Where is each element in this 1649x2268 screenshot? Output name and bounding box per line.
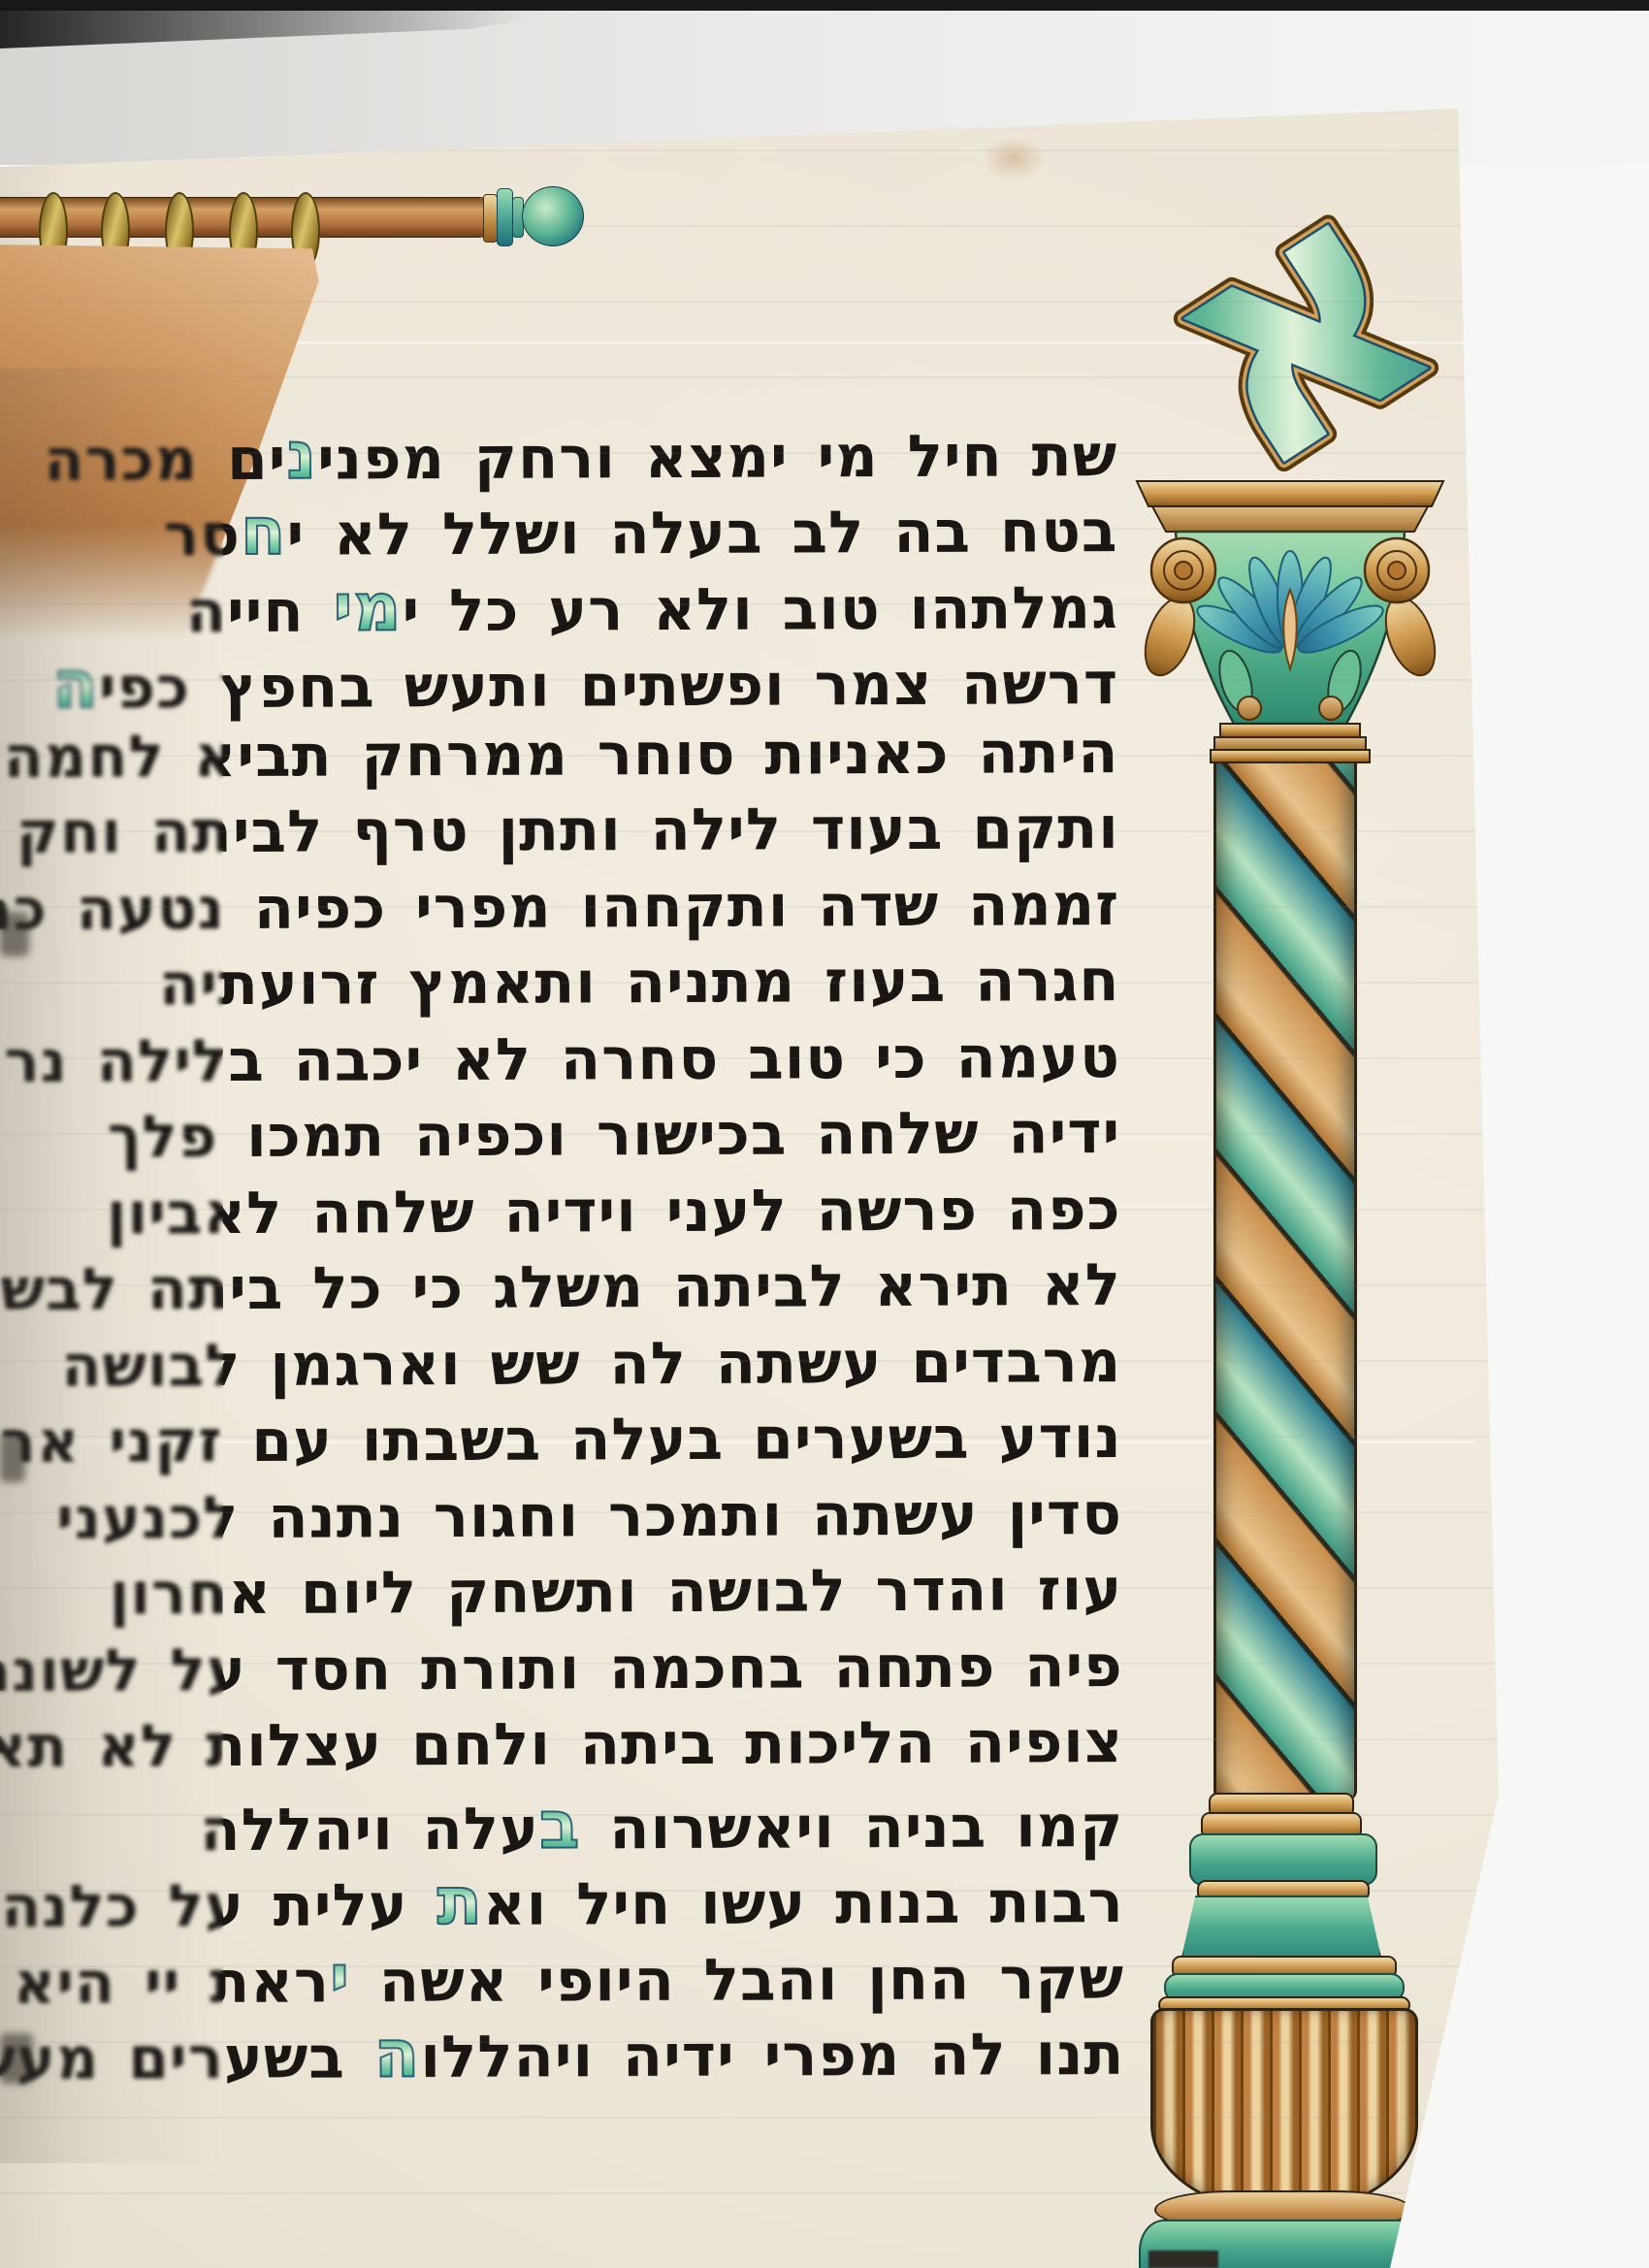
column-base-ring (1197, 1880, 1370, 1901)
verse-line: טעמה כי טוב סחרה לא יכבה בלילה נרה (0, 1028, 1120, 1091)
capital-abacus-step (1152, 506, 1428, 532)
highlighted-letter: י (330, 1940, 350, 2017)
highlighted-letter: ה (52, 646, 99, 723)
column-base-flare (1181, 1895, 1381, 1958)
verse-text: גמלתהו טוב ולא רע כל י (402, 574, 1118, 645)
aleph-navy-rim: א (1104, 114, 1482, 493)
verse-text: שת חיל מי ימצא ורחק מפני (317, 422, 1117, 494)
capital-abacus (1137, 481, 1443, 506)
curtain-panel (0, 241, 322, 648)
capital-bell (1176, 532, 1405, 724)
rod-finial-knob-icon (522, 186, 584, 246)
verse-text: עוז והדר לבושה ותשחק ליום אחרון (110, 1556, 1123, 1629)
rod-collar-icon (497, 188, 513, 246)
page-stain (982, 136, 1046, 180)
curtain-ring-icon (229, 192, 258, 270)
verse-line: חגרה בעוז מתניה ותאמץ זרועתיה (159, 952, 1120, 1014)
illuminated-aleph-icon: א א א א (1104, 114, 1482, 493)
verse-line: היתה כאניות סוחר ממרחק תביא לחמה (4, 724, 1119, 787)
highlighted-letter: ח (241, 493, 287, 569)
volute-icon (1365, 538, 1429, 602)
verse-line: קמו בניה ויאשרוה בעלה ויהללה (200, 1790, 1123, 1860)
verse-line: ותקם בעוד לילה ותתן טרף לביתה וחק לנערתי… (0, 799, 1119, 863)
verse-text: רבות בנות עשו חיל וא (483, 1868, 1124, 1939)
verse-line: בטח בה לב בעלה ושלל לא יחסר (164, 495, 1118, 565)
column-foot (1139, 2219, 1428, 2268)
column-shaft (1213, 747, 1357, 1800)
rod-collar-icon (483, 194, 498, 243)
verse-text: ים מכרה (44, 426, 286, 495)
verse-text: סדין עשתה ותמכר וחגור נתנה לכנעני (56, 1480, 1122, 1553)
verse-text: עלית על כלנה (1, 1871, 437, 1941)
column-base-torus (1189, 1833, 1377, 1886)
verse-text: טעמה כי טוב סחרה לא יכבה בלילה נרה (0, 1023, 1120, 1096)
column-foot-band (1154, 2190, 1412, 2229)
aleph-gold-border: א (1104, 114, 1482, 493)
verse-text: בטח בה לב בעלה ושלל לא י (286, 498, 1117, 569)
verse-line: דרשה צמר ופשתים ותעש בחפץ כפיה (52, 647, 1118, 718)
verse-text: מרבדים עשתה לה שש וארגמן לבושה (61, 1328, 1121, 1401)
scan-blur-smear (0, 369, 223, 2163)
verse-text: חגרה בעוז מתניה ותאמץ זרועתיה (159, 947, 1120, 1019)
acanthus-leaf-icon (1376, 591, 1444, 682)
column-fluted-bell (1150, 2008, 1418, 2212)
verse-line: מרבדים עשתה לה שש וארגמן לבושה (61, 1333, 1121, 1396)
highlighted-letter: ת (436, 1863, 483, 1939)
highlighted-letter: נ (286, 417, 317, 494)
verse-line: רבות בנות עשו חיל ואת עלית על כלנה (1, 1865, 1124, 1936)
column-plinth-shadow (1148, 2251, 1218, 2268)
scroll-curl-icon (1238, 697, 1261, 720)
curtain-ring-icon (39, 192, 68, 270)
scroll-curl-icon (1319, 697, 1342, 720)
verse-text: פיה פתחה בחכמה ותורת חסד על לשונה (0, 1633, 1123, 1705)
verse-line: ידיה שלחה בכישור וכפיה תמכו פלך (108, 1104, 1121, 1167)
verse-text: צופיה הליכות ביתה ולחם עצלות לא תאכל (0, 1708, 1123, 1781)
scan-smudge (0, 2033, 33, 2084)
verse-line: שקר החן והבל היופי אשה יראת יי היא תתהלל (0, 1942, 1124, 2014)
highlighted-letter: ה (374, 2015, 421, 2091)
verse-text: דרשה צמר ופשתים ותעש בחפץ כפי (99, 650, 1119, 723)
verse-line: כפה פרשה לעני וידיה שלחה לאביון (107, 1181, 1121, 1244)
verse-line: צופיה הליכות ביתה ולחם עצלות לא תאכל (0, 1713, 1123, 1776)
verse-line: סדין עשתה ותמכר וחגור נתנה לכנעני (56, 1485, 1122, 1548)
leaf-icon (1322, 647, 1367, 715)
verse-text: חייה (186, 578, 334, 647)
curtain-rod (0, 198, 497, 237)
verse-text: זממה שדה ותקחהו מפרי כפיה נטעה כרם (0, 871, 1119, 944)
verse-text: ראת יי היא תתהלל (0, 1949, 330, 2019)
verse-line: פיה פתחה בחכמה ותורת חסד על לשונה (0, 1637, 1123, 1701)
volute-icon (1151, 538, 1215, 602)
highlighted-letter: ב (539, 1786, 581, 1863)
page-crease (0, 341, 1474, 344)
verse-text: היתה כאניות סוחר ממרחק תביא לחמה (4, 719, 1119, 792)
capital-collar (1211, 750, 1370, 762)
verse-line: עוז והדר לבושה ותשחק ליום אחרון (110, 1561, 1123, 1624)
aleph-letter: א (1104, 114, 1482, 493)
verse-line: לא תירא לביתה משלג כי כל ביתה לבש שנים (0, 1256, 1121, 1320)
page-crease (0, 1441, 1474, 1443)
column-base-ring (1158, 1996, 1410, 2014)
verse-text: בשערים מעשיה (0, 2024, 374, 2093)
verse-text: נודע בשערים בעלה בשבתו עם זקני ארץ (0, 1404, 1122, 1476)
leaf-icon (1213, 647, 1258, 715)
capital-collar (1220, 724, 1360, 737)
curtain-ring-icon (101, 192, 130, 270)
verse-text: קמו בניה ויאשרוה (580, 1793, 1123, 1863)
verse-line: זממה שדה ותקחהו מפרי כפיה נטעה כרם (0, 876, 1119, 939)
rod-collar-icon (512, 197, 524, 238)
scan-smudge (0, 912, 29, 956)
column-base-ring (1201, 1812, 1362, 1839)
verse-text: לא תירא לביתה משלג כי כל ביתה לבש שנים (0, 1251, 1121, 1325)
column-base-band (1164, 1973, 1405, 2002)
verse-text: ותקם בעוד לילה ותתן טרף לביתה וחק לנערתי… (0, 794, 1119, 868)
verse-text: תנו לה מפרי ידיה ויהללו (420, 2021, 1124, 2091)
verse-line: נודע בשערים בעלה בשבתו עם זקני ארץ (0, 1409, 1122, 1472)
verse-text: סר (164, 502, 241, 569)
verse-text: שקר החן והבל היופי אשה (350, 1945, 1124, 2016)
column-base-ring (1172, 1956, 1397, 1979)
scanned-manuscript-page: א א א א שת חיל מי ימצא ורחק מפנינים מכרה… (0, 0, 1649, 2268)
column-base-ring (1209, 1793, 1354, 1818)
verse-text: ידיה שלחה בכישור וכפיה תמכו פלך (108, 1099, 1121, 1172)
palmette-icon (1192, 551, 1388, 669)
scan-smudge (0, 1434, 25, 1482)
verse-text: כפה פרשה לעני וידיה שלחה לאביון (107, 1176, 1121, 1248)
verse-line: שת חיל מי ימצא ורחק מפנינים מכרה (44, 419, 1117, 490)
curtain-ring-icon (165, 192, 194, 270)
acanthus-leaf-icon (1136, 591, 1204, 682)
verse-text-block: שת חיל מי ימצא ורחק מפנינים מכרה בטח בה … (0, 0, 1649, 2268)
aleph-outline: א (1104, 114, 1482, 493)
verse-line: תנו לה מפרי ידיה ויהללוה בשערים מעשיה (0, 2018, 1124, 2089)
curtain-ring-icon (291, 192, 320, 270)
parchment-page: א א א א שת חיל מי ימצא ורחק מפנינים מכרה… (0, 0, 1649, 2268)
highlighted-letter: מי (333, 568, 402, 645)
column-capital (1127, 473, 1453, 764)
verse-text: עלה ויהללה (200, 1796, 539, 1865)
capital-collar (1214, 737, 1366, 750)
verse-line: גמלתהו טוב ולא רע כל ימי חייה (186, 571, 1118, 641)
